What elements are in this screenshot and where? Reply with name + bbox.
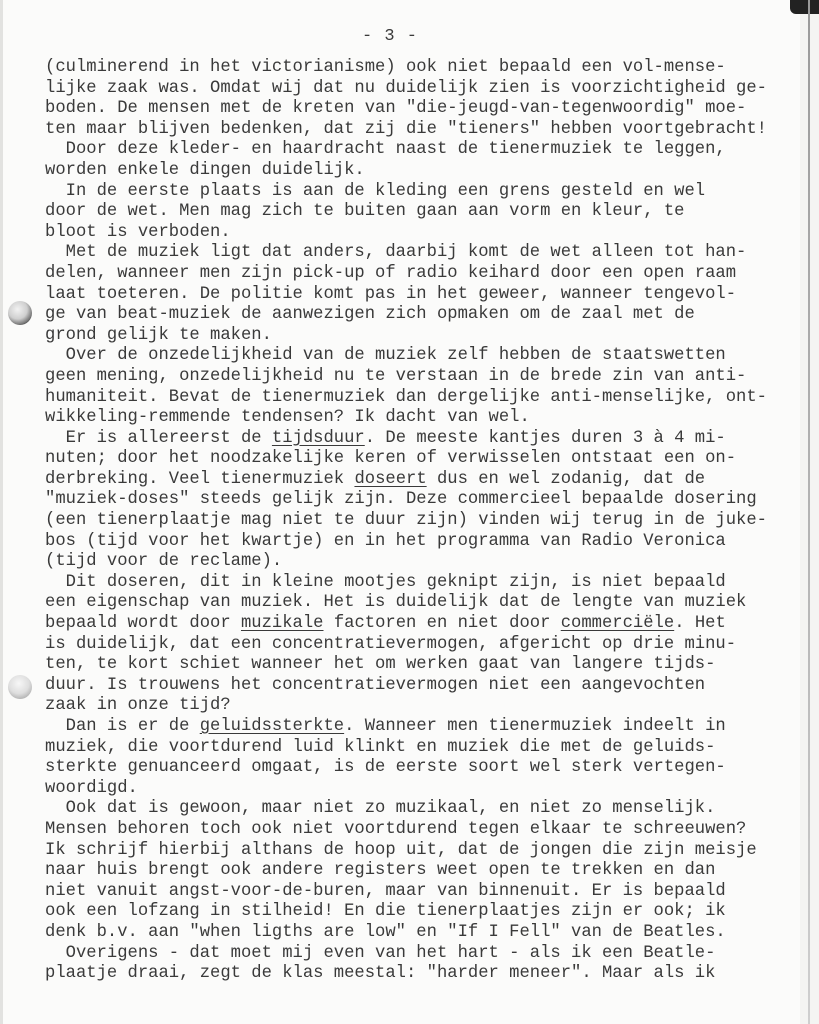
text-segment: muziek, die voortdurend luid klinkt en m…: [45, 738, 715, 757]
text-line: woordigd.: [45, 779, 767, 800]
text-line: ge van beat-muziek de aanwezigen zich op…: [45, 305, 767, 326]
text-line: duur. Is trouwens het concentratievermog…: [45, 676, 767, 697]
underlined-term: doseert: [354, 470, 426, 489]
text-segment: denk b.v. aan "when ligths are low" en "…: [45, 923, 726, 942]
text-line: (tijd voor de reclame).: [45, 552, 767, 573]
text-segment: Dit doseren, dit in kleine mootjes gekni…: [45, 573, 726, 592]
text-line: zaak in onze tijd?: [45, 696, 767, 717]
text-segment: wikkeling-remmende tendensen? Ik dacht v…: [45, 408, 530, 427]
text-segment: derbreking. Veel tienermuziek: [45, 470, 354, 489]
text-segment: dus en wel zodanig, dat de: [427, 470, 705, 489]
text-segment: . Het: [674, 614, 726, 633]
text-segment: ten, te kort schiet wanneer het om werke…: [45, 655, 715, 674]
text-segment: Met de muziek ligt dat anders, daarbij k…: [45, 243, 746, 262]
text-line: ten maar blijven bedenken, dat zij die "…: [45, 120, 767, 141]
underlined-term: tijdsduur: [272, 429, 365, 448]
text-line: derbreking. Veel tienermuziek doseert du…: [45, 470, 767, 491]
text-line: grond gelijk te maken.: [45, 326, 767, 347]
text-line: worden enkele dingen duidelijk.: [45, 161, 767, 182]
text-line: wikkeling-remmende tendensen? Ik dacht v…: [45, 408, 767, 429]
page-fold-line: [808, 0, 810, 1024]
text-segment: is duidelijk, dat een concentratievermog…: [45, 635, 736, 654]
text-segment: lijke zaak was. Omdat wij dat nu duideli…: [45, 79, 767, 98]
text-segment: Overigens - dat moet mij even van het ha…: [45, 944, 715, 963]
text-line: bloot is verboden.: [45, 223, 767, 244]
text-segment: (tijd voor de reclame).: [45, 552, 282, 571]
text-segment: Ook dat is gewoon, maar niet zo muzikaal…: [45, 799, 715, 818]
text-segment: (een tienerplaatje mag niet te duur zijn…: [45, 511, 767, 530]
text-line: bepaald wordt door muzikale factoren en …: [45, 614, 767, 635]
text-line: humaniteit. Bevat de tienermuziek dan de…: [45, 388, 767, 409]
text-segment: geen mening, onzedelijkheid nu te versta…: [45, 367, 746, 386]
text-line: Ik schrijf hierbij althans de hoop uit, …: [45, 841, 767, 862]
text-segment: In de eerste plaats is aan de kleding ee…: [45, 182, 705, 201]
text-segment: bos (tijd voor het kwartje) en in het pr…: [45, 532, 726, 551]
text-segment: ook een lofzang in stilheid! En die tien…: [45, 902, 726, 921]
text-line: sterkte genuanceerd omgaat, is de eerste…: [45, 758, 767, 779]
page-left-edge: [0, 0, 3, 1024]
text-line: (culminerend in het victorianisme) ook n…: [45, 58, 767, 79]
text-segment: . Wanneer men tienermuziek indeelt in: [344, 717, 726, 736]
text-segment: door de wet. Men mag zich te buiten gaan…: [45, 202, 684, 221]
text-line: Er is allereerst de tijdsduur. De meeste…: [45, 429, 767, 450]
text-line: muziek, die voortdurend luid klinkt en m…: [45, 738, 767, 759]
text-segment: factoren en niet door: [324, 614, 561, 633]
text-line: nuten; door het noodzakelijke keren of v…: [45, 449, 767, 470]
text-line: Dan is er de geluidssterkte. Wanneer men…: [45, 717, 767, 738]
text-segment: bepaald wordt door: [45, 614, 241, 633]
text-segment: ge van beat-muziek de aanwezigen zich op…: [45, 305, 695, 324]
text-segment: Mensen behoren toch ook niet voortdurend…: [45, 820, 746, 839]
text-segment: woordigd.: [45, 779, 138, 798]
underlined-term: commerciële: [561, 614, 674, 633]
text-segment: Dan is er de: [45, 717, 200, 736]
text-line: plaatje draai, zegt de klas meestal: "ha…: [45, 964, 767, 985]
punch-hole-upper: [8, 301, 32, 325]
text-line: In de eerste plaats is aan de kleding ee…: [45, 182, 767, 203]
punch-hole-lower: [8, 675, 32, 699]
text-segment: Door deze kleder- en haardracht naast de…: [45, 140, 726, 159]
text-segment: laat toeteren. De politie komt pas in he…: [45, 285, 736, 304]
text-line: bos (tijd voor het kwartje) en in het pr…: [45, 532, 767, 553]
underlined-term: geluidssterkte: [200, 717, 344, 736]
text-line: door de wet. Men mag zich te buiten gaan…: [45, 202, 767, 223]
text-segment: sterkte genuanceerd omgaat, is de eerste…: [45, 758, 726, 777]
typewritten-body: (culminerend in het victorianisme) ook n…: [45, 58, 767, 985]
text-line: Dit doseren, dit in kleine mootjes gekni…: [45, 573, 767, 594]
text-line: lijke zaak was. Omdat wij dat nu duideli…: [45, 79, 767, 100]
document-page: - 3 - (culminerend in het victorianisme)…: [0, 0, 800, 1024]
text-line: een eigenschap van muziek. Het is duidel…: [45, 593, 767, 614]
text-line: Over de onzedelijkheid van de muziek zel…: [45, 346, 767, 367]
text-segment: boden. De mensen met de kreten van "die-…: [45, 99, 746, 118]
text-segment: . De meeste kantjes duren 3 à 4 mi-: [365, 429, 726, 448]
text-line: is duidelijk, dat een concentratievermog…: [45, 635, 767, 656]
text-segment: een eigenschap van muziek. Het is duidel…: [45, 593, 746, 612]
text-segment: nuten; door het noodzakelijke keren of v…: [45, 449, 736, 468]
text-segment: Over de onzedelijkheid van de muziek zel…: [45, 346, 726, 365]
text-line: Met de muziek ligt dat anders, daarbij k…: [45, 243, 767, 264]
text-segment: naar huis brengt ook andere registers we…: [45, 861, 715, 880]
text-line: naar huis brengt ook andere registers we…: [45, 861, 767, 882]
text-line: Overigens - dat moet mij even van het ha…: [45, 944, 767, 965]
text-segment: delen, wanneer men zijn pick-up of radio…: [45, 264, 736, 283]
page-number: - 3 -: [0, 27, 780, 46]
text-segment: duur. Is trouwens het concentratievermog…: [45, 676, 705, 695]
text-segment: (culminerend in het victorianisme) ook n…: [45, 58, 726, 77]
text-segment: grond gelijk te maken.: [45, 326, 272, 345]
text-line: boden. De mensen met de kreten van "die-…: [45, 99, 767, 120]
text-segment: bloot is verboden.: [45, 223, 231, 242]
text-line: Door deze kleder- en haardracht naast de…: [45, 140, 767, 161]
text-segment: zaak in onze tijd?: [45, 696, 231, 715]
text-line: "muziek-doses" steeds gelijk zijn. Deze …: [45, 490, 767, 511]
text-segment: worden enkele dingen duidelijk.: [45, 161, 365, 180]
text-line: delen, wanneer men zijn pick-up of radio…: [45, 264, 767, 285]
text-line: ook een lofzang in stilheid! En die tien…: [45, 902, 767, 923]
text-line: niet vanuit angst-voor-de-buren, maar va…: [45, 882, 767, 903]
text-line: denk b.v. aan "when ligths are low" en "…: [45, 923, 767, 944]
text-segment: humaniteit. Bevat de tienermuziek dan de…: [45, 388, 767, 407]
text-segment: Er is allereerst de: [45, 429, 272, 448]
text-segment: "muziek-doses" steeds gelijk zijn. Deze …: [45, 490, 757, 509]
page-corner-shadow: [790, 0, 819, 14]
text-line: Mensen behoren toch ook niet voortdurend…: [45, 820, 767, 841]
text-line: (een tienerplaatje mag niet te duur zijn…: [45, 511, 767, 532]
text-line: geen mening, onzedelijkheid nu te versta…: [45, 367, 767, 388]
text-segment: Ik schrijf hierbij althans de hoop uit, …: [45, 841, 757, 860]
text-segment: ten maar blijven bedenken, dat zij die "…: [45, 120, 767, 139]
underlined-term: muzikale: [241, 614, 324, 633]
text-line: ten, te kort schiet wanneer het om werke…: [45, 655, 767, 676]
text-segment: plaatje draai, zegt de klas meestal: "ha…: [45, 964, 715, 983]
text-line: Ook dat is gewoon, maar niet zo muzikaal…: [45, 799, 767, 820]
text-segment: niet vanuit angst-voor-de-buren, maar va…: [45, 882, 726, 901]
text-line: laat toeteren. De politie komt pas in he…: [45, 285, 767, 306]
